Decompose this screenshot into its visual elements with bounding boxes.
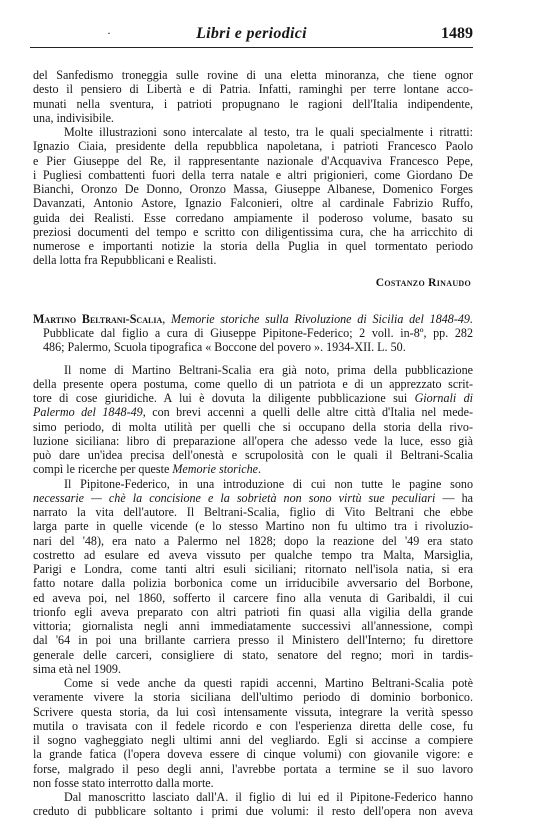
text-line: nari del '48), era nato a Palermo nel 18… — [33, 534, 473, 548]
text-line: veramente vivere la storia siciliana del… — [33, 690, 473, 704]
text-line: vittoria; giornalista negli anni immedia… — [33, 619, 473, 633]
text-line: compì le ricerche per queste Memorie sto… — [33, 462, 473, 476]
text-line: preziosi documenti del tempo e scritto c… — [33, 225, 473, 239]
text-line: ed aveva poi, nel 1860, sofferto il carc… — [33, 591, 473, 605]
text-line: Dal manoscritto lasciato dall'A. il figl… — [33, 790, 473, 804]
header-rule — [30, 47, 473, 48]
text-line: Bianchi, Oronzo De Donno, Oronzo Massa, … — [33, 182, 473, 196]
citation-line-1: Martino Beltrani-Scalia, Memorie storich… — [33, 312, 473, 326]
italic-text: necessarie — chè la concisione e la sobr… — [33, 491, 435, 505]
text-line: del Sanfedismo troneggia sulle rovine di… — [33, 68, 473, 82]
citation-author: Martino Beltrani-Scalia — [33, 312, 162, 326]
text-line: Scrivere questa storia, da lui così inte… — [33, 705, 473, 719]
text-line: necessarie — chè la concisione e la sobr… — [33, 491, 473, 505]
text-line: Molte illustrazioni sono intercalate al … — [33, 125, 473, 139]
text-line: munati nella sventura, i patrioti propug… — [33, 97, 473, 111]
text-line: Davanzati, Antonio Astore, Ignazio Falco… — [33, 196, 473, 210]
text-line: desto il pensiero di Libertà e di Patria… — [33, 82, 473, 96]
text-line: larga parte in quelle vicende (e lo stes… — [33, 519, 473, 533]
text-line: non fosse stato interrotto dalla morte. — [33, 776, 473, 790]
text-line: dal '64 in poi una brillante carriera pr… — [33, 633, 473, 647]
text-line: una, indivisibile. — [33, 111, 473, 125]
review2-paragraph: Il Pipitone-Federico, in una introduzion… — [33, 477, 473, 677]
text-line: trionfo egli aveva preparato con altri p… — [33, 605, 473, 619]
text-line: mutila o travisata con il fedele ricordo… — [33, 719, 473, 733]
text-line: Ignazio Ciaia, presidente della repubbli… — [33, 139, 473, 153]
text-line: e Pier Giuseppe del Re, il rappresentant… — [33, 154, 473, 168]
text-line: guida dei Realisti. Esse corredano ampia… — [33, 211, 473, 225]
text-line: creduto di pubblicare soltanto i primi d… — [33, 804, 473, 818]
review1-paragraph-1: del Sanfedismo troneggia sulle rovine di… — [33, 68, 473, 125]
page-number: 1489 — [441, 25, 473, 43]
italic-text: Memorie storiche — [172, 462, 258, 476]
review2-body: Il nome di Martino Beltrani-Scalia era g… — [33, 363, 473, 819]
reviewer-signature: Costanzo Rinaudo — [33, 276, 473, 290]
text-line: numerose e importanti notizie la storia … — [33, 239, 473, 253]
citation-line-2: Pubblicate dal figlio a cura di Giuseppe… — [33, 326, 473, 340]
text-line: della lotta fra Repubblicani e Realisti. — [33, 253, 473, 267]
text-line: Palermo del 1848-49, con brevi accenni a… — [33, 405, 473, 419]
text-line: generale delle carceri, consigliere di s… — [33, 648, 473, 662]
text-line: Parigi e Londra, come tanti altri esuli … — [33, 562, 473, 576]
review1-paragraph-2: Molte illustrazioni sono intercalate al … — [33, 125, 473, 268]
text-line: simo periodo, di molta utilità per quell… — [33, 420, 473, 434]
review2-paragraph: Il nome di Martino Beltrani-Scalia era g… — [33, 363, 473, 477]
text-line: sima età nel 1909. — [33, 662, 473, 676]
text-line: la grande fatica (l'opera doveva essere … — [33, 747, 473, 761]
review2-paragraph: Dal manoscritto lasciato dall'A. il figl… — [33, 790, 473, 819]
spacer — [33, 355, 473, 363]
italic-text: Palermo del 1848-49 — [33, 405, 143, 419]
text-line: il sogno vagheggiato negli ultimi anni d… — [33, 733, 473, 747]
text-line: costretto ad esulare ed aveva vissuto pe… — [33, 548, 473, 562]
citation-title: Memorie storiche sulla Rivoluzione di Si… — [171, 312, 473, 326]
citation-line-3: 486; Palermo, Scuola tipografica « Bocco… — [33, 340, 473, 354]
bibliographic-entry: Martino Beltrani-Scalia, Memorie storich… — [33, 312, 473, 355]
text-line: Il Pipitone-Federico, in una introduzion… — [33, 477, 473, 491]
text-line: della presente opera postuma, come quell… — [33, 377, 473, 391]
text-line: luzione siciliana: libro di preparazione… — [33, 434, 473, 448]
text-line: tore di cose giuridiche. A lui è dovuta … — [33, 391, 473, 405]
text-line: Come si vede anche da questi rapidi acce… — [33, 676, 473, 690]
text-line: Il nome di Martino Beltrani-Scalia era g… — [33, 363, 473, 377]
page-body: del Sanfedismo troneggia sulle rovine di… — [33, 68, 473, 819]
text-line: può dare un'idea precisa dell'onestà e s… — [33, 448, 473, 462]
review2-paragraph: Come si vede anche da questi rapidi acce… — [33, 676, 473, 790]
text-line: forse, malgrado il peso degli anni, l'av… — [33, 762, 473, 776]
italic-text: Giornali di — [415, 391, 473, 405]
text-line: fatto notare dalla polizia borbonica com… — [33, 576, 473, 590]
running-header: · Libri e periodici 1489 — [30, 22, 473, 50]
text-line: narrato la vita dell'autore. Il Beltrani… — [33, 505, 473, 519]
text-line: i Pugliesi combattenti fuori della terra… — [33, 168, 473, 182]
section-title: Libri e periodici — [30, 25, 473, 43]
